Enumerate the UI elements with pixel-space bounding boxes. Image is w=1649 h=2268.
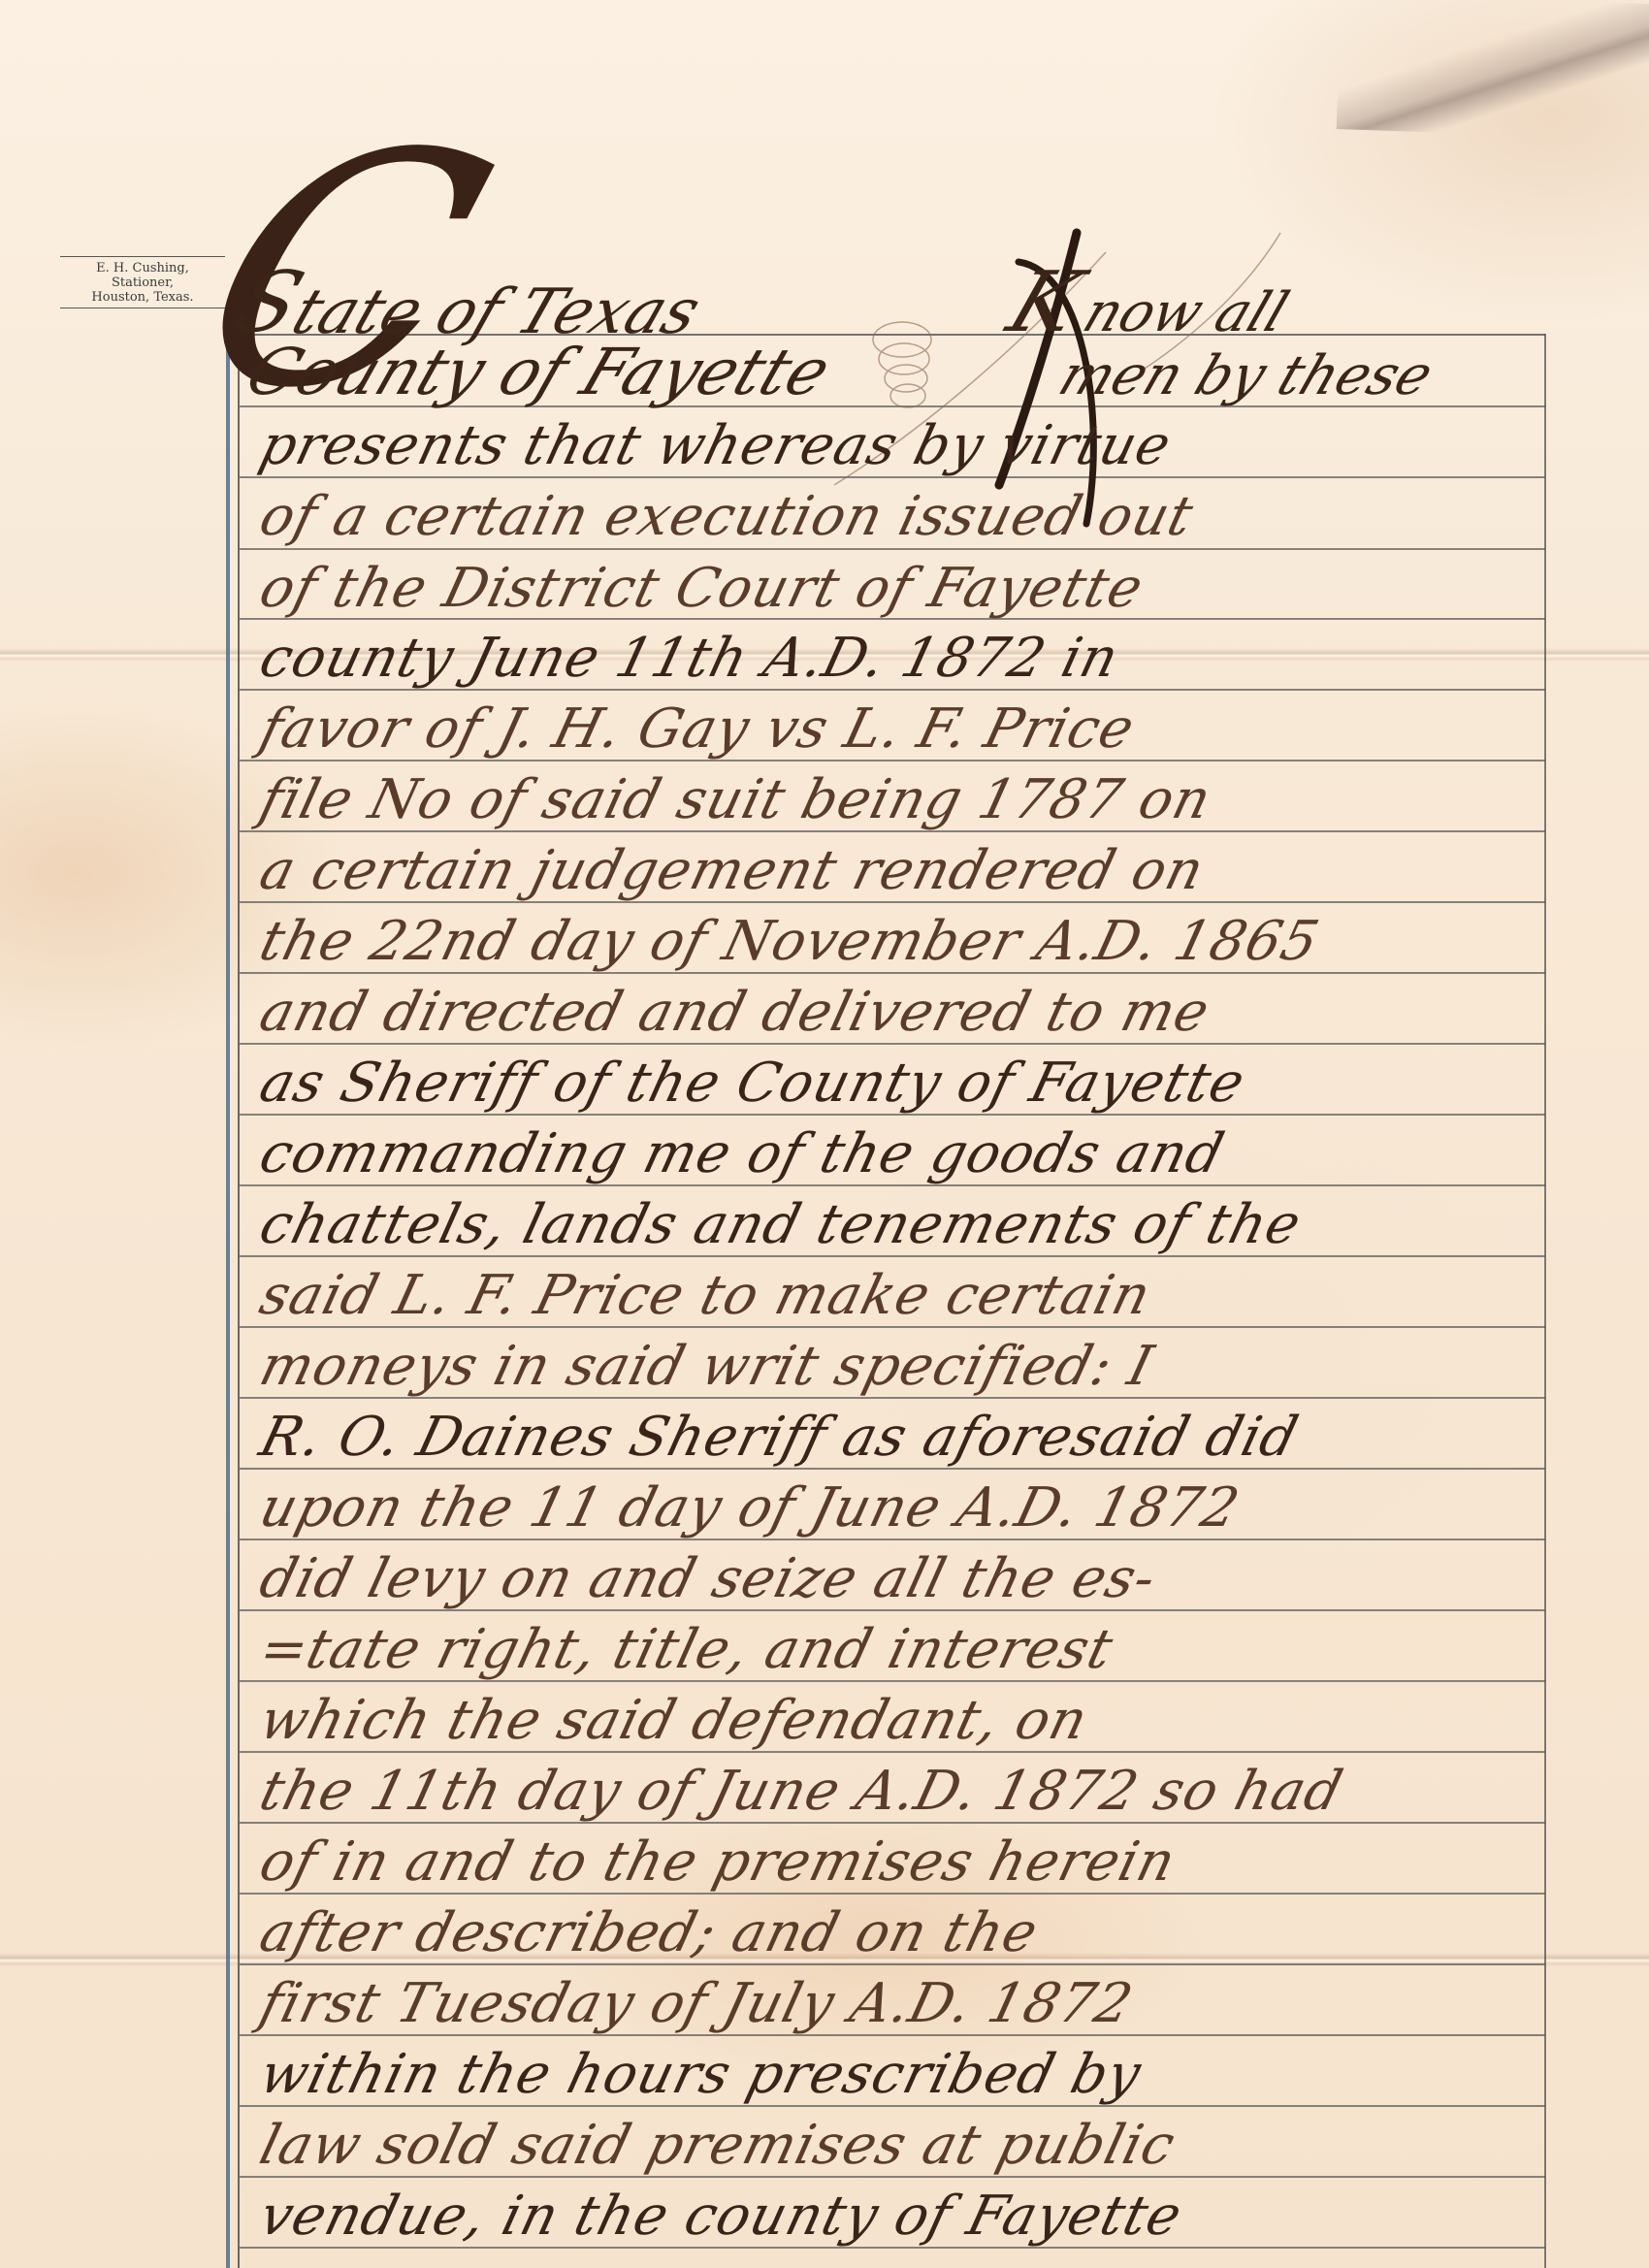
margin-line-left [238, 334, 240, 2268]
body-line: the 22nd day of November A.D. 1865 [254, 913, 1549, 971]
body-line: a certain judgement rendered on [254, 842, 1549, 900]
body-line: said L. F. Price to make certain [254, 1267, 1549, 1325]
body-line: file No of said suit being 1787 on [254, 771, 1549, 829]
body-line: favor of J. H. Gay vs L. F. Price [254, 700, 1549, 759]
body-line: =tate right, title, and interest [254, 1621, 1549, 1679]
body-line: of a certain execution issued out [254, 488, 1549, 546]
heading-men: men by these [1051, 344, 1441, 407]
body-line: commanding me of the goods and [254, 1125, 1549, 1183]
heading-know-text: now all [1075, 281, 1296, 344]
stamp-line-1: E. H. Cushing, [60, 261, 225, 275]
body-line: upon the 11 day of June A.D. 1872 [254, 1479, 1549, 1538]
stationer-stamp: E. H. Cushing, Stationer, Houston, Texas… [60, 256, 225, 308]
body-line: presents that whereas by virtue [254, 417, 1549, 475]
stamp-line-3: Houston, Texas. [60, 290, 225, 305]
fold-shadow [1337, 0, 1649, 143]
margin-line-blue [226, 335, 230, 2268]
body-line: did levy on and seize all the es- [254, 1550, 1549, 1608]
stamp-line-2: Stationer, [60, 275, 225, 290]
body-line: the 11th day of June A.D. 1872 so had [254, 1763, 1549, 1821]
body-line: first Tuesday of July A.D. 1872 [254, 1975, 1549, 2033]
body-line: county June 11th A.D. 1872 in [254, 630, 1549, 688]
body-line: law sold said premises at public [254, 2117, 1549, 2175]
body-line: moneys in said writ specified: I [254, 1338, 1549, 1396]
body-line: chattels, lands and tenements of the [254, 1196, 1549, 1254]
heading-county: County of Fayette [237, 335, 840, 409]
body-line: as Sheriff of the County of Fayette [254, 1054, 1549, 1113]
body-line: and directed and delivered to me [254, 984, 1549, 1042]
ruled-line [240, 548, 1545, 550]
body-line: of in and to the premises herein [254, 1833, 1549, 1892]
body-line: after described; and on the [254, 1904, 1549, 1962]
body-line: vendue, in the county of Fayette [254, 2187, 1549, 2246]
body-line: which the said defendant, on [254, 1692, 1549, 1750]
body-line: of the District Court of Fayette [254, 560, 1549, 618]
body-line: R. O. Daines Sheriff as aforesaid did [254, 1409, 1549, 1467]
body-line: within the hours prescribed by [254, 2046, 1549, 2104]
